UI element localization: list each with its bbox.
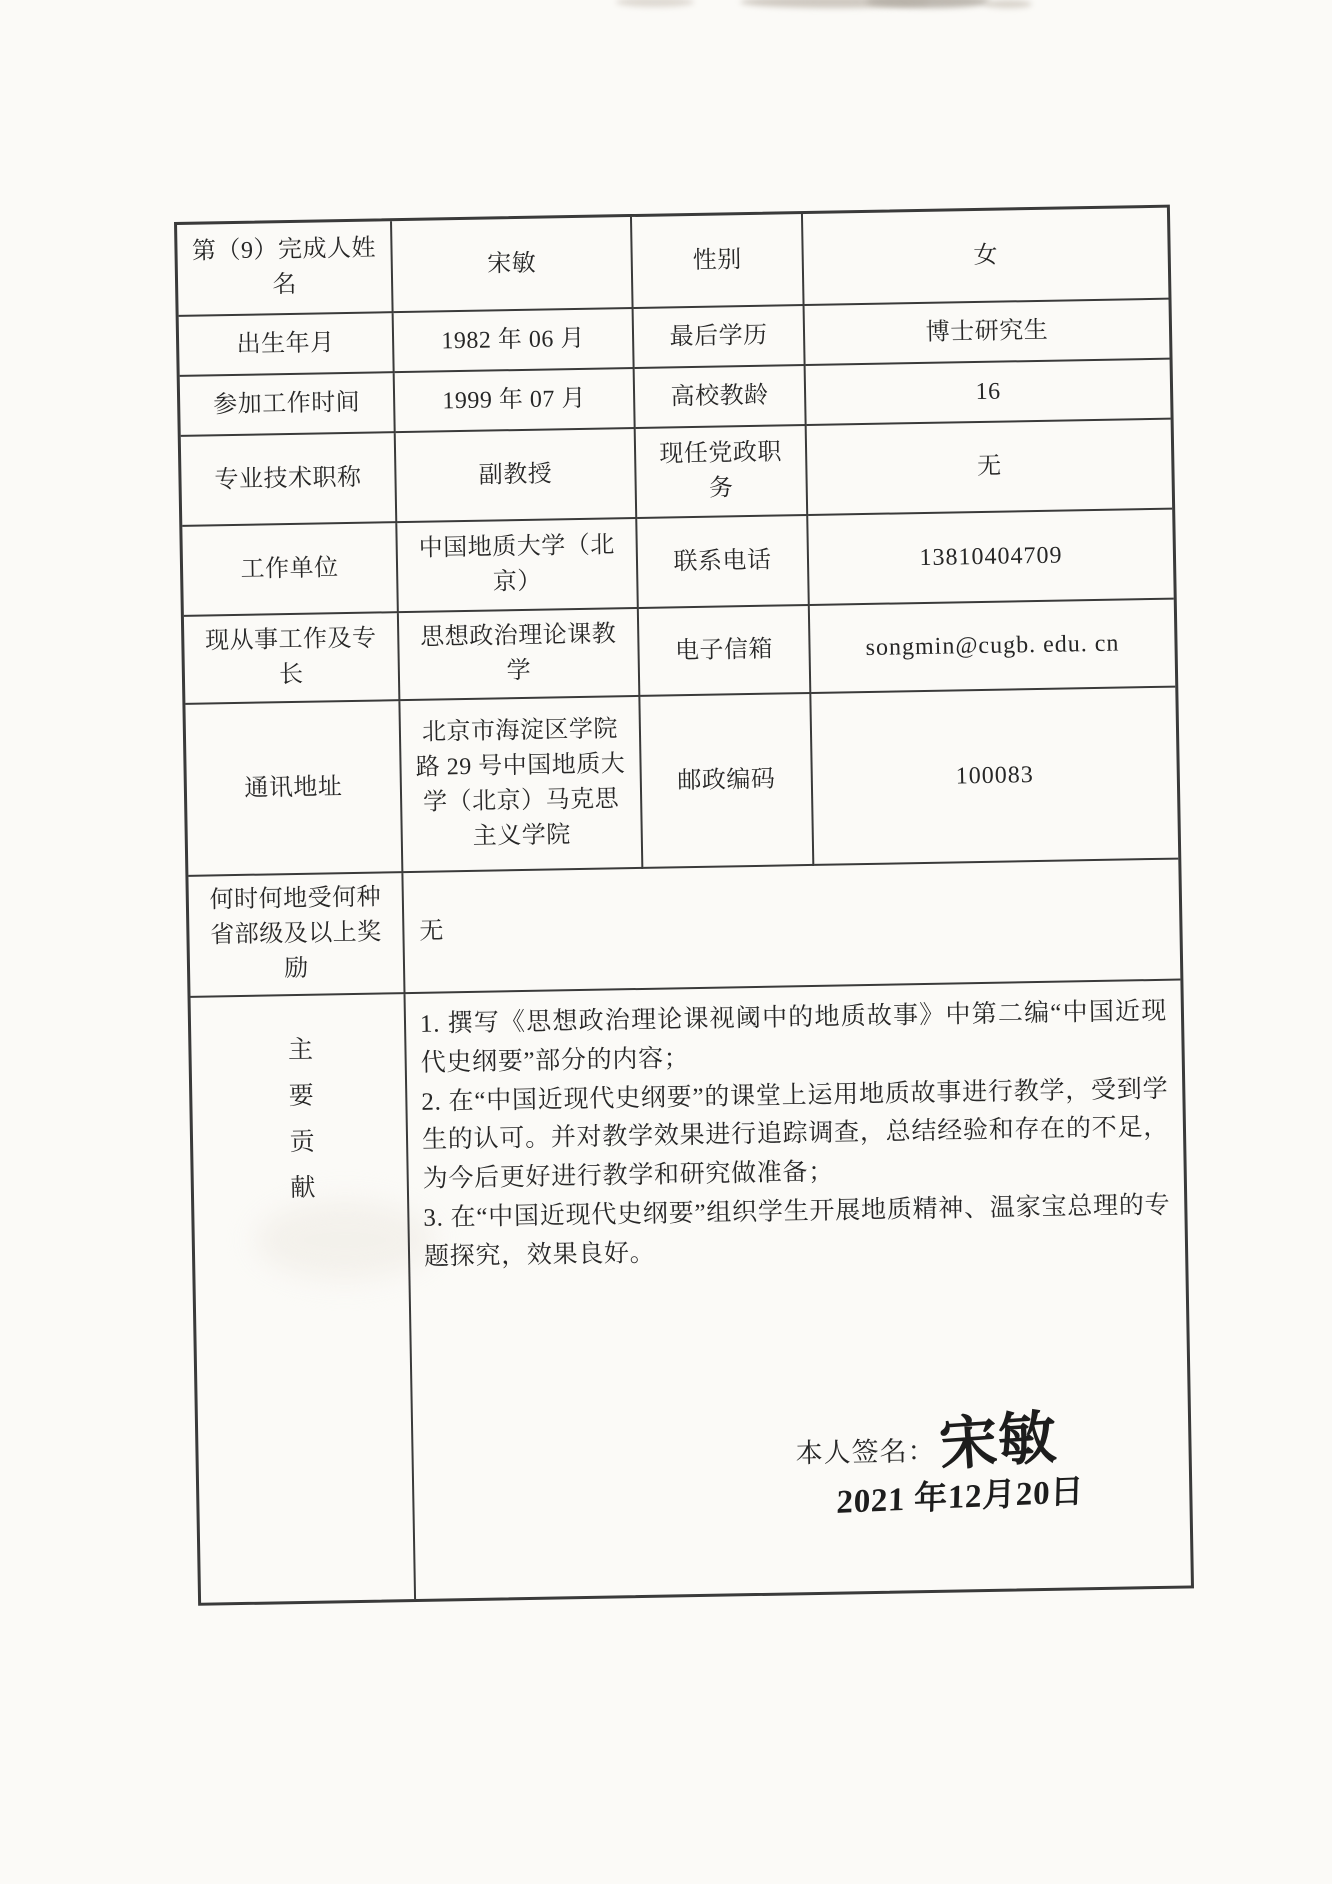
field-label-work-start: 参加工作时间 [180,373,396,437]
field-value-completer-name: 宋敏 [392,217,634,313]
field-label-phone: 联系电话 [637,516,810,609]
field-label-mailing-address: 通讯地址 [185,701,403,877]
handwritten-signature: 宋敏 [938,1409,1059,1475]
field-value-main-contributions: 1. 撰写《思想政治理论课视阈中的地质故事》中第二编“中国近现代史纲要”部分的内… [406,981,1191,1599]
field-value-work-start: 1999 年 07 月 [395,369,636,433]
field-value-birth-date: 1982 年 06 月 [394,309,635,373]
signature-label: 本人签名： [795,1431,936,1475]
field-label-final-degree: 最后学历 [634,306,806,369]
scan-artifact [984,0,1032,8]
field-label-employer: 工作单位 [182,523,399,617]
field-value-mailing-address: 北京市海淀区学院路 29 号中国地质大学（北京）马克思主义学院 [400,697,643,873]
field-value-email: songmin@cugb. edu. cn [810,600,1175,694]
field-label-email: 电子信箱 [639,606,812,697]
field-label-main-contributions: 主要贡献 [191,994,417,1603]
completer-info-table: 第（9）完成人姓名 宋敏 性别 女 出生年月 1982 年 06 月 最后学历 … [174,205,1194,1606]
field-value-party-position: 无 [807,420,1173,516]
field-value-teaching-years: 16 [806,360,1171,426]
field-value-employer: 中国地质大学（北京） [397,519,639,613]
field-value-phone: 13810404709 [808,510,1174,606]
field-label-current-work: 现从事工作及专长 [184,613,401,705]
field-value-current-work: 思想政治理论课教学 [399,609,640,701]
field-value-awards: 无 [403,860,1180,995]
field-label-teaching-years: 高校教龄 [635,366,807,429]
field-label-birth-date: 出生年月 [179,313,395,377]
form-table-wrapper: 第（9）完成人姓名 宋敏 性别 女 出生年月 1982 年 06 月 最后学历 … [174,205,1194,1606]
contribution-item: 3. 在“中国近现代史纲要”组织学生开展地质精神、温家宝总理的专题探究，效果良好… [423,1187,1171,1278]
field-value-professional-title: 副教授 [396,429,638,523]
field-label-party-position: 现任党政职务 [636,426,809,519]
main-contributions-vertical-label: 主要贡献 [285,1036,313,1220]
field-value-postal-code: 100083 [811,688,1178,866]
field-label-gender: 性别 [632,214,805,309]
field-label-professional-title: 专业技术职称 [181,433,398,527]
contribution-item: 2. 在“中国近现代史纲要”的课堂上运用地质故事进行教学，受到学生的认可。并对教… [421,1070,1170,1199]
handwritten-date: 2021 年12月20日 [836,1467,1085,1529]
signature-block: 本人签名： 宋敏 2021 年12月20日 [795,1428,1084,1526]
field-value-gender: 女 [803,208,1169,306]
field-label-awards: 何时何地受何种省部级及以上奖励 [188,873,405,998]
contribution-item: 1. 撰写《思想政治理论课视阈中的地质故事》中第二编“中国近现代史纲要”部分的内… [420,993,1168,1084]
field-label-postal-code: 邮政编码 [640,694,814,869]
field-value-final-degree: 博士研究生 [805,300,1170,366]
field-label-completer-name: 第（9）完成人姓名 [177,221,394,317]
scan-artifact [616,0,694,7]
